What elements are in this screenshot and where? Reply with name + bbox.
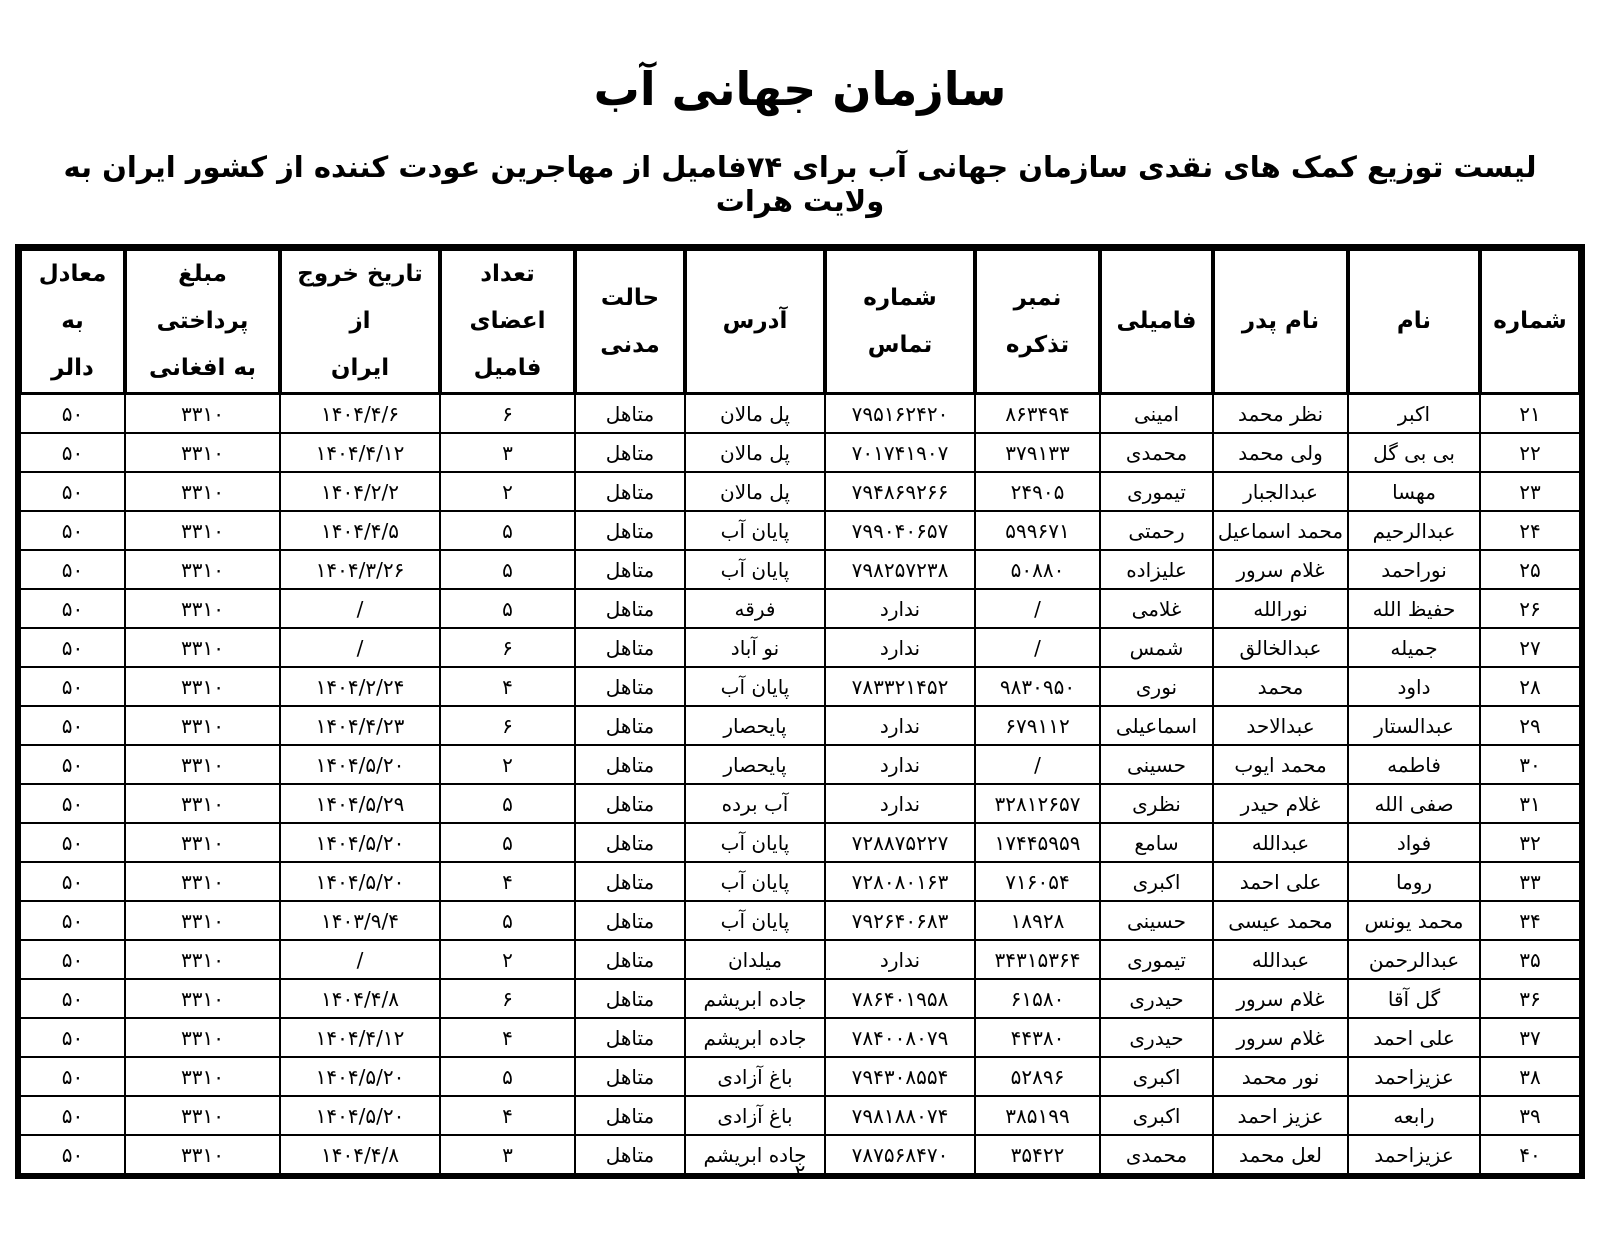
column-header-amount-afghani: مبلغ پرداختی به افغانی bbox=[125, 249, 280, 394]
cell-tazkera-number: ۱۷۴۴۵۹۵۹ bbox=[975, 823, 1100, 862]
column-header-contact-number: شماره تماس bbox=[825, 249, 975, 394]
cell-amount-afghani: ۳۳۱۰ bbox=[125, 472, 280, 511]
table-row: ۳۵عبدالرحمنعبداللهتیموری۳۴۳۱۵۳۶۴نداردمیل… bbox=[20, 940, 1580, 979]
table-row: ۲۷جمیلهعبدالخالقشمس/نداردنو آبادمتاهل۶/۳… bbox=[20, 628, 1580, 667]
cell-tazkera-number: / bbox=[975, 745, 1100, 784]
column-header-family-name: فامیلی bbox=[1100, 249, 1213, 394]
cell-contact-number: ۷۹۴۳۰۸۵۵۴ bbox=[825, 1057, 975, 1096]
cell-amount-afghani: ۳۳۱۰ bbox=[125, 745, 280, 784]
cell-address: پایان آب bbox=[685, 550, 825, 589]
cell-father-name: محمد bbox=[1213, 667, 1348, 706]
cell-number: ۲۱ bbox=[1480, 394, 1580, 433]
cell-exit-date-iran: ۱۴۰۴/۴/۶ bbox=[280, 394, 440, 433]
cell-family-members: ۶ bbox=[440, 394, 575, 433]
column-header-father-name: نام پدر bbox=[1213, 249, 1348, 394]
cell-amount-afghani: ۳۳۱۰ bbox=[125, 1057, 280, 1096]
cell-contact-number: ۷۸۶۴۰۱۹۵۸ bbox=[825, 979, 975, 1018]
column-header-family-members: تعداد اعضای فامیل bbox=[440, 249, 575, 394]
cell-amount-afghani: ۳۳۱۰ bbox=[125, 706, 280, 745]
cell-address: پایان آب bbox=[685, 901, 825, 940]
cell-family-name: تیموری bbox=[1100, 940, 1213, 979]
cell-father-name: عزیز احمد bbox=[1213, 1096, 1348, 1135]
cell-father-name: محمد ایوب bbox=[1213, 745, 1348, 784]
cell-civil-status: متاهل bbox=[575, 589, 685, 628]
cell-number: ۲۸ bbox=[1480, 667, 1580, 706]
cell-amount-afghani: ۳۳۱۰ bbox=[125, 394, 280, 433]
table-row: ۳۲فوادعبداللهسامع۱۷۴۴۵۹۵۹۷۲۸۸۷۵۲۲۷پایان … bbox=[20, 823, 1580, 862]
cell-father-name: نور محمد bbox=[1213, 1057, 1348, 1096]
cell-family-members: ۲ bbox=[440, 472, 575, 511]
cell-usd-equivalent: ۵۰ bbox=[20, 862, 125, 901]
cell-amount-afghani: ۳۳۱۰ bbox=[125, 667, 280, 706]
cell-address: پل مالان bbox=[685, 394, 825, 433]
cell-address: پایحصار bbox=[685, 745, 825, 784]
cell-contact-number: ۷۹۴۸۶۹۲۶۶ bbox=[825, 472, 975, 511]
cell-contact-number: ندارد bbox=[825, 784, 975, 823]
table-row: ۳۷علی احمدغلام سرورحیدری۴۴۳۸۰۷۸۴۰۰۸۰۷۹جا… bbox=[20, 1018, 1580, 1057]
cell-contact-number: ندارد bbox=[825, 628, 975, 667]
cell-father-name: نورالله bbox=[1213, 589, 1348, 628]
cell-number: ۲۴ bbox=[1480, 511, 1580, 550]
table-row: ۲۸داودمحمدنوری۹۸۳۰۹۵۰۷۸۳۳۲۱۴۵۲پایان آبمت… bbox=[20, 667, 1580, 706]
cell-name: عبدالرحمن bbox=[1348, 940, 1480, 979]
cell-usd-equivalent: ۵۰ bbox=[20, 901, 125, 940]
cell-father-name: عبدالخالق bbox=[1213, 628, 1348, 667]
cell-civil-status: متاهل bbox=[575, 979, 685, 1018]
cell-family-name: شمس bbox=[1100, 628, 1213, 667]
cell-name: بی بی گل bbox=[1348, 433, 1480, 472]
cell-civil-status: متاهل bbox=[575, 823, 685, 862]
cell-family-members: ۵ bbox=[440, 901, 575, 940]
column-header-name: نام bbox=[1348, 249, 1480, 394]
cell-family-name: حیدری bbox=[1100, 979, 1213, 1018]
cell-usd-equivalent: ۵۰ bbox=[20, 511, 125, 550]
cell-contact-number: ۷۲۸۰۸۰۱۶۳ bbox=[825, 862, 975, 901]
cell-tazkera-number: ۶۷۹۱۱۲ bbox=[975, 706, 1100, 745]
cell-name: نوراحمد bbox=[1348, 550, 1480, 589]
cell-family-members: ۴ bbox=[440, 1018, 575, 1057]
cell-name: مهسا bbox=[1348, 472, 1480, 511]
table-body: ۲۱اکبرنظر محمدامینی۸۶۳۴۹۴۷۹۵۱۶۲۴۲۰پل مال… bbox=[20, 394, 1580, 1174]
cell-number: ۳۹ bbox=[1480, 1096, 1580, 1135]
cell-number: ۲۹ bbox=[1480, 706, 1580, 745]
cell-number: ۲۶ bbox=[1480, 589, 1580, 628]
cell-family-name: علیزاده bbox=[1100, 550, 1213, 589]
table-row: ۳۳روماعلی احمداکبری۷۱۶۰۵۴۷۲۸۰۸۰۱۶۳پایان … bbox=[20, 862, 1580, 901]
cell-civil-status: متاهل bbox=[575, 1018, 685, 1057]
cell-exit-date-iran: ۱۴۰۴/۴/۱۲ bbox=[280, 1018, 440, 1057]
cell-contact-number: ندارد bbox=[825, 706, 975, 745]
cell-contact-number: ندارد bbox=[825, 745, 975, 784]
cell-usd-equivalent: ۵۰ bbox=[20, 550, 125, 589]
cell-father-name: غلام سرور bbox=[1213, 550, 1348, 589]
table-row: ۳۹رابعهعزیز احمداکبری۳۸۵۱۹۹۷۹۸۱۸۸۰۷۴باغ … bbox=[20, 1096, 1580, 1135]
cell-usd-equivalent: ۵۰ bbox=[20, 706, 125, 745]
cell-amount-afghani: ۳۳۱۰ bbox=[125, 511, 280, 550]
cell-family-members: ۵ bbox=[440, 511, 575, 550]
cell-tazkera-number: ۱۸۹۲۸ bbox=[975, 901, 1100, 940]
cell-number: ۳۱ bbox=[1480, 784, 1580, 823]
cell-exit-date-iran: ۱۴۰۴/۵/۲۰ bbox=[280, 1057, 440, 1096]
document-subtitle: لیست توزیع کمک های نقدی سازمان جهانی آب … bbox=[20, 150, 1580, 218]
cell-father-name: محمد عیسی bbox=[1213, 901, 1348, 940]
cell-family-members: ۵ bbox=[440, 589, 575, 628]
cell-amount-afghani: ۳۳۱۰ bbox=[125, 1018, 280, 1057]
cell-father-name: غلام سرور bbox=[1213, 1018, 1348, 1057]
cell-family-members: ۶ bbox=[440, 979, 575, 1018]
cell-address: فرقه bbox=[685, 589, 825, 628]
cell-address: پل مالان bbox=[685, 472, 825, 511]
cell-exit-date-iran: ۱۴۰۴/۵/۲۰ bbox=[280, 1096, 440, 1135]
page-number: ۲ bbox=[0, 1160, 1600, 1184]
cell-family-members: ۵ bbox=[440, 1057, 575, 1096]
cell-exit-date-iran: ۱۴۰۴/۲/۲ bbox=[280, 472, 440, 511]
cell-civil-status: متاهل bbox=[575, 901, 685, 940]
document-title: سازمان جهانی آب bbox=[0, 0, 1600, 116]
cell-name: عزیزاحمد bbox=[1348, 1057, 1480, 1096]
cell-name: اکبر bbox=[1348, 394, 1480, 433]
cell-name: عبدالرحیم bbox=[1348, 511, 1480, 550]
cell-name: گل آقا bbox=[1348, 979, 1480, 1018]
cell-contact-number: ۷۲۸۸۷۵۲۲۷ bbox=[825, 823, 975, 862]
table-row: ۲۹عبدالستارعبدالاحداسماعیلی۶۷۹۱۱۲نداردپا… bbox=[20, 706, 1580, 745]
cell-contact-number: ۷۹۲۶۴۰۶۸۳ bbox=[825, 901, 975, 940]
cell-contact-number: ندارد bbox=[825, 940, 975, 979]
table-row: ۳۱صفی اللهغلام حیدرنظری۳۲۸۱۲۶۵۷نداردآب ب… bbox=[20, 784, 1580, 823]
cell-family-name: اکبری bbox=[1100, 862, 1213, 901]
cell-address: جاده ابریشم bbox=[685, 1018, 825, 1057]
cell-address: باغ آزادی bbox=[685, 1096, 825, 1135]
cell-tazkera-number: ۵۰۸۸۰ bbox=[975, 550, 1100, 589]
cell-contact-number: ۷۹۵۱۶۲۴۲۰ bbox=[825, 394, 975, 433]
cell-address: نو آباد bbox=[685, 628, 825, 667]
cell-usd-equivalent: ۵۰ bbox=[20, 1057, 125, 1096]
cell-name: محمد یونس bbox=[1348, 901, 1480, 940]
column-header-usd-equivalent: معادل به دالر bbox=[20, 249, 125, 394]
cell-exit-date-iran: ۱۴۰۴/۵/۲۰ bbox=[280, 745, 440, 784]
cell-amount-afghani: ۳۳۱۰ bbox=[125, 433, 280, 472]
cell-usd-equivalent: ۵۰ bbox=[20, 940, 125, 979]
column-header-exit-date-iran: تاریخ خروج از ایران bbox=[280, 249, 440, 394]
cell-contact-number: ۷۹۹۰۴۰۶۵۷ bbox=[825, 511, 975, 550]
cell-address: پل مالان bbox=[685, 433, 825, 472]
cell-address: پایحصار bbox=[685, 706, 825, 745]
cell-exit-date-iran: ۱۴۰۴/۳/۲۶ bbox=[280, 550, 440, 589]
cell-amount-afghani: ۳۳۱۰ bbox=[125, 979, 280, 1018]
cell-exit-date-iran: ۱۴۰۴/۵/۲۹ bbox=[280, 784, 440, 823]
cell-exit-date-iran: ۱۴۰۴/۵/۲۰ bbox=[280, 823, 440, 862]
cell-usd-equivalent: ۵۰ bbox=[20, 472, 125, 511]
cell-number: ۳۴ bbox=[1480, 901, 1580, 940]
cell-tazkera-number: ۴۴۳۸۰ bbox=[975, 1018, 1100, 1057]
cell-contact-number: ۷۹۸۲۵۷۲۳۸ bbox=[825, 550, 975, 589]
cell-address: پایان آب bbox=[685, 511, 825, 550]
table-row: ۲۱اکبرنظر محمدامینی۸۶۳۴۹۴۷۹۵۱۶۲۴۲۰پل مال… bbox=[20, 394, 1580, 433]
cell-tazkera-number: ۳۸۵۱۹۹ bbox=[975, 1096, 1100, 1135]
table-row: ۲۳مهساعبدالجبارتیموری۲۴۹۰۵۷۹۴۸۶۹۲۶۶پل ما… bbox=[20, 472, 1580, 511]
cell-family-members: ۳ bbox=[440, 433, 575, 472]
document-page: سازمان جهانی آب لیست توزیع کمک های نقدی … bbox=[0, 0, 1600, 1236]
cell-usd-equivalent: ۵۰ bbox=[20, 979, 125, 1018]
cell-name: رابعه bbox=[1348, 1096, 1480, 1135]
cell-family-name: تیموری bbox=[1100, 472, 1213, 511]
cell-address: پایان آب bbox=[685, 862, 825, 901]
cell-tazkera-number: ۵۲۸۹۶ bbox=[975, 1057, 1100, 1096]
cell-father-name: محمد اسماعیل bbox=[1213, 511, 1348, 550]
table-row: ۲۲بی بی گلولی محمدمحمدی۳۷۹۱۳۳۷۰۱۷۴۱۹۰۷پل… bbox=[20, 433, 1580, 472]
cell-exit-date-iran: ۱۴۰۴/۴/۲۳ bbox=[280, 706, 440, 745]
cell-number: ۲۳ bbox=[1480, 472, 1580, 511]
cell-tazkera-number: ۲۴۹۰۵ bbox=[975, 472, 1100, 511]
cell-contact-number: ۷۹۸۱۸۸۰۷۴ bbox=[825, 1096, 975, 1135]
cell-tazkera-number: ۳۷۹۱۳۳ bbox=[975, 433, 1100, 472]
table-row: ۳۴محمد یونسمحمد عیسیحسینی۱۸۹۲۸۷۹۲۶۴۰۶۸۳پ… bbox=[20, 901, 1580, 940]
cell-number: ۲۷ bbox=[1480, 628, 1580, 667]
cell-family-name: نوری bbox=[1100, 667, 1213, 706]
cell-family-members: ۶ bbox=[440, 706, 575, 745]
table-header-row: شمارهنامنام پدرفامیلینمبر تذکرهشماره تما… bbox=[20, 249, 1580, 394]
cell-civil-status: متاهل bbox=[575, 706, 685, 745]
cell-tazkera-number: / bbox=[975, 589, 1100, 628]
cell-number: ۲۲ bbox=[1480, 433, 1580, 472]
cell-exit-date-iran: ۱۴۰۳/۹/۴ bbox=[280, 901, 440, 940]
cell-exit-date-iran: ۱۴۰۴/۴/۱۲ bbox=[280, 433, 440, 472]
cell-usd-equivalent: ۵۰ bbox=[20, 433, 125, 472]
cell-father-name: غلام حیدر bbox=[1213, 784, 1348, 823]
cell-name: علی احمد bbox=[1348, 1018, 1480, 1057]
cell-civil-status: متاهل bbox=[575, 862, 685, 901]
cell-usd-equivalent: ۵۰ bbox=[20, 745, 125, 784]
column-header-address: آدرس bbox=[685, 249, 825, 394]
cell-amount-afghani: ۳۳۱۰ bbox=[125, 823, 280, 862]
cell-usd-equivalent: ۵۰ bbox=[20, 1018, 125, 1057]
cell-exit-date-iran: / bbox=[280, 589, 440, 628]
cell-family-name: اکبری bbox=[1100, 1096, 1213, 1135]
cell-civil-status: متاهل bbox=[575, 433, 685, 472]
cell-father-name: عبدالله bbox=[1213, 823, 1348, 862]
cell-tazkera-number: ۹۸۳۰۹۵۰ bbox=[975, 667, 1100, 706]
cell-contact-number: ۷۸۴۰۰۸۰۷۹ bbox=[825, 1018, 975, 1057]
cell-usd-equivalent: ۵۰ bbox=[20, 394, 125, 433]
cell-number: ۳۷ bbox=[1480, 1018, 1580, 1057]
table-row: ۲۴عبدالرحیممحمد اسماعیلرحمتی۵۹۹۶۷۱۷۹۹۰۴۰… bbox=[20, 511, 1580, 550]
cell-tazkera-number: ۸۶۳۴۹۴ bbox=[975, 394, 1100, 433]
cell-father-name: عبدالجبار bbox=[1213, 472, 1348, 511]
table-row: ۳۶گل آقاغلام سرورحیدری۶۱۵۸۰۷۸۶۴۰۱۹۵۸جاده… bbox=[20, 979, 1580, 1018]
cell-address: پایان آب bbox=[685, 667, 825, 706]
cell-amount-afghani: ۳۳۱۰ bbox=[125, 589, 280, 628]
cell-father-name: عبدالله bbox=[1213, 940, 1348, 979]
cell-amount-afghani: ۳۳۱۰ bbox=[125, 1096, 280, 1135]
cell-family-members: ۵ bbox=[440, 823, 575, 862]
cell-name: عبدالستار bbox=[1348, 706, 1480, 745]
cell-father-name: نظر محمد bbox=[1213, 394, 1348, 433]
table-row: ۳۰فاطمهمحمد ایوبحسینی/نداردپایحصارمتاهل۲… bbox=[20, 745, 1580, 784]
cell-amount-afghani: ۳۳۱۰ bbox=[125, 628, 280, 667]
cell-contact-number: ۷۸۳۳۲۱۴۵۲ bbox=[825, 667, 975, 706]
cell-usd-equivalent: ۵۰ bbox=[20, 667, 125, 706]
cell-name: داود bbox=[1348, 667, 1480, 706]
cell-family-members: ۴ bbox=[440, 862, 575, 901]
cell-usd-equivalent: ۵۰ bbox=[20, 628, 125, 667]
cell-exit-date-iran: ۱۴۰۴/۴/۸ bbox=[280, 979, 440, 1018]
column-header-number: شماره bbox=[1480, 249, 1580, 394]
cell-tazkera-number: ۵۹۹۶۷۱ bbox=[975, 511, 1100, 550]
cell-tazkera-number: ۷۱۶۰۵۴ bbox=[975, 862, 1100, 901]
cell-number: ۳۸ bbox=[1480, 1057, 1580, 1096]
column-header-tazkera-number: نمبر تذکره bbox=[975, 249, 1100, 394]
cell-family-name: اسماعیلی bbox=[1100, 706, 1213, 745]
cell-name: فاطمه bbox=[1348, 745, 1480, 784]
cell-family-name: حسینی bbox=[1100, 745, 1213, 784]
cell-family-members: ۶ bbox=[440, 628, 575, 667]
cell-family-members: ۲ bbox=[440, 940, 575, 979]
cell-usd-equivalent: ۵۰ bbox=[20, 589, 125, 628]
cell-exit-date-iran: ۱۴۰۴/۴/۵ bbox=[280, 511, 440, 550]
cell-name: حفیظ الله bbox=[1348, 589, 1480, 628]
cell-civil-status: متاهل bbox=[575, 667, 685, 706]
cell-father-name: علی احمد bbox=[1213, 862, 1348, 901]
cell-name: صفی الله bbox=[1348, 784, 1480, 823]
cell-exit-date-iran: / bbox=[280, 628, 440, 667]
cell-civil-status: متاهل bbox=[575, 940, 685, 979]
cell-exit-date-iran: ۱۴۰۴/۲/۲۴ bbox=[280, 667, 440, 706]
cell-family-name: رحمتی bbox=[1100, 511, 1213, 550]
cell-amount-afghani: ۳۳۱۰ bbox=[125, 901, 280, 940]
cell-tazkera-number: ۶۱۵۸۰ bbox=[975, 979, 1100, 1018]
cell-number: ۳۶ bbox=[1480, 979, 1580, 1018]
cell-exit-date-iran: / bbox=[280, 940, 440, 979]
cell-family-name: حسینی bbox=[1100, 901, 1213, 940]
cell-family-members: ۵ bbox=[440, 784, 575, 823]
cell-family-members: ۴ bbox=[440, 1096, 575, 1135]
cell-address: آب برده bbox=[685, 784, 825, 823]
cell-amount-afghani: ۳۳۱۰ bbox=[125, 550, 280, 589]
cell-tazkera-number: ۳۲۸۱۲۶۵۷ bbox=[975, 784, 1100, 823]
cell-civil-status: متاهل bbox=[575, 745, 685, 784]
cell-family-members: ۴ bbox=[440, 667, 575, 706]
table-row: ۳۸عزیزاحمدنور محمداکبری۵۲۸۹۶۷۹۴۳۰۸۵۵۴باغ… bbox=[20, 1057, 1580, 1096]
cell-amount-afghani: ۳۳۱۰ bbox=[125, 862, 280, 901]
cell-father-name: ولی محمد bbox=[1213, 433, 1348, 472]
cell-father-name: عبدالاحد bbox=[1213, 706, 1348, 745]
cell-address: پایان آب bbox=[685, 823, 825, 862]
cell-contact-number: ۷۰۱۷۴۱۹۰۷ bbox=[825, 433, 975, 472]
cell-civil-status: متاهل bbox=[575, 1096, 685, 1135]
cell-address: باغ آزادی bbox=[685, 1057, 825, 1096]
cell-usd-equivalent: ۵۰ bbox=[20, 1096, 125, 1135]
cell-number: ۳۳ bbox=[1480, 862, 1580, 901]
cell-family-name: سامع bbox=[1100, 823, 1213, 862]
cell-civil-status: متاهل bbox=[575, 472, 685, 511]
cell-family-name: محمدی bbox=[1100, 433, 1213, 472]
cell-name: روما bbox=[1348, 862, 1480, 901]
cell-civil-status: متاهل bbox=[575, 628, 685, 667]
cell-number: ۳۰ bbox=[1480, 745, 1580, 784]
cell-family-name: امینی bbox=[1100, 394, 1213, 433]
aid-distribution-table: شمارهنامنام پدرفامیلینمبر تذکرهشماره تما… bbox=[15, 244, 1585, 1179]
cell-amount-afghani: ۳۳۱۰ bbox=[125, 784, 280, 823]
cell-family-name: نظری bbox=[1100, 784, 1213, 823]
cell-family-members: ۵ bbox=[440, 550, 575, 589]
cell-address: جاده ابریشم bbox=[685, 979, 825, 1018]
cell-civil-status: متاهل bbox=[575, 1057, 685, 1096]
cell-family-members: ۲ bbox=[440, 745, 575, 784]
cell-contact-number: ندارد bbox=[825, 589, 975, 628]
cell-exit-date-iran: ۱۴۰۴/۵/۲۰ bbox=[280, 862, 440, 901]
cell-name: فواد bbox=[1348, 823, 1480, 862]
cell-name: جمیله bbox=[1348, 628, 1480, 667]
cell-number: ۳۵ bbox=[1480, 940, 1580, 979]
cell-number: ۳۲ bbox=[1480, 823, 1580, 862]
cell-usd-equivalent: ۵۰ bbox=[20, 784, 125, 823]
cell-number: ۲۵ bbox=[1480, 550, 1580, 589]
column-header-civil-status: حالت مدنی bbox=[575, 249, 685, 394]
cell-tazkera-number: ۳۴۳۱۵۳۶۴ bbox=[975, 940, 1100, 979]
table-row: ۲۵نوراحمدغلام سرورعلیزاده۵۰۸۸۰۷۹۸۲۵۷۲۳۸پ… bbox=[20, 550, 1580, 589]
cell-father-name: غلام سرور bbox=[1213, 979, 1348, 1018]
cell-civil-status: متاهل bbox=[575, 511, 685, 550]
cell-amount-afghani: ۳۳۱۰ bbox=[125, 940, 280, 979]
cell-family-name: غلامی bbox=[1100, 589, 1213, 628]
cell-usd-equivalent: ۵۰ bbox=[20, 823, 125, 862]
cell-tazkera-number: / bbox=[975, 628, 1100, 667]
cell-address: میلدان bbox=[685, 940, 825, 979]
cell-civil-status: متاهل bbox=[575, 550, 685, 589]
cell-civil-status: متاهل bbox=[575, 394, 685, 433]
cell-family-name: حیدری bbox=[1100, 1018, 1213, 1057]
table-row: ۲۶حفیظ اللهنوراللهغلامی/نداردفرقهمتاهل۵/… bbox=[20, 589, 1580, 628]
cell-family-name: اکبری bbox=[1100, 1057, 1213, 1096]
cell-civil-status: متاهل bbox=[575, 784, 685, 823]
